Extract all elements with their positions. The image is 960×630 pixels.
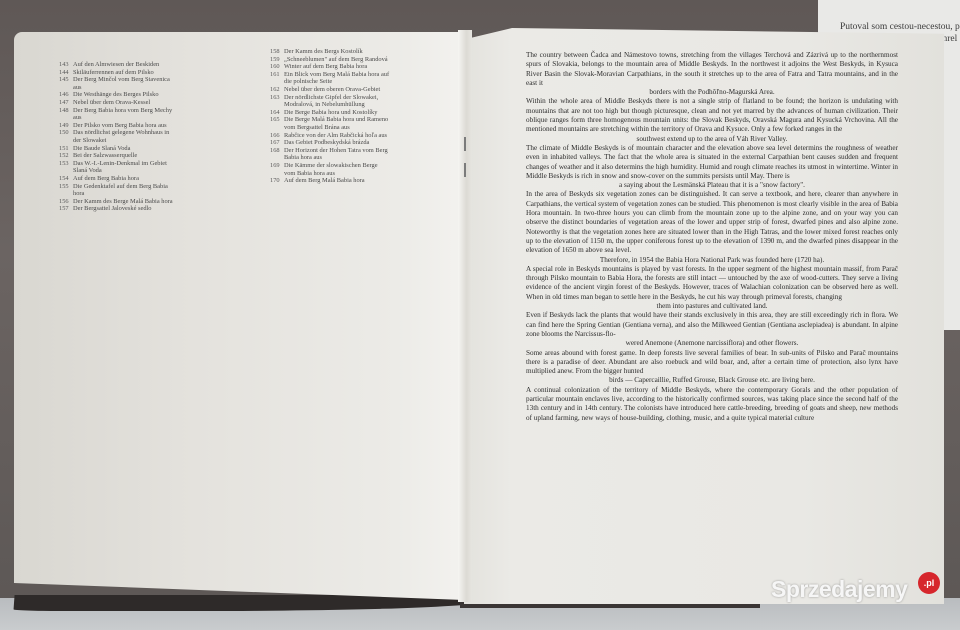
caption-text: Der Berg Babia hora vom Berg Mechy aus [73, 107, 179, 122]
caption-item: 168Der Horizont der Hohen Tatra vom Berg… [270, 147, 390, 162]
caption-item: 164Die Berge Babia hora und Kostolíky [270, 109, 390, 117]
caption-item: 165Die Berge Malá Babia hora und Rameno … [270, 116, 390, 131]
caption-number: 160 [270, 63, 284, 71]
caption-number: 153 [59, 160, 73, 175]
paragraph-body: A continual colonization of the territor… [526, 386, 898, 422]
paragraph-body: A special role in Beskyds mountains is p… [526, 265, 898, 301]
caption-number: 148 [59, 107, 73, 122]
paragraph-last-line: borders with the Podhôľno-Magurská Area. [526, 88, 898, 97]
caption-item: 160Winter auf dem Berg Babia hora [270, 63, 390, 71]
paragraph-last-line: them into pastures and cultivated land. [526, 302, 898, 311]
caption-text: Das W.-I.-Lenin-Denkmal im Gebiet Slaná … [73, 160, 179, 175]
caption-number: 157 [59, 205, 73, 213]
caption-text: Die Berge Malá Babia hora und Rameno vom… [284, 116, 390, 131]
paragraph: Some areas abound with forest game. In d… [526, 349, 898, 386]
watermark-logo: Sprzedajemy [771, 576, 907, 603]
paragraph-body: Within the whole area of Middle Beskyds … [526, 97, 898, 133]
caption-number: 152 [59, 152, 73, 160]
caption-number: 143 [59, 61, 73, 69]
caption-item: 159„Schneeblumen" auf dem Berg Randová [270, 56, 390, 64]
caption-item: 149Der Pilsko vom Berg Babia hora aus [59, 122, 179, 130]
caption-number: 145 [59, 76, 73, 91]
paragraph-body: Even if Beskyds lack the plants that wou… [526, 311, 898, 338]
caption-text: Der Bergsattel Jaloveské sedlo [73, 205, 179, 213]
caption-item: 162Nebel über dem oberen Orava-Gebiet [270, 86, 390, 94]
paragraph: The climate of Middle Beskyds is of moun… [526, 144, 898, 190]
caption-text: Bei der Salzwasserquelle [73, 152, 179, 160]
caption-item: 150Das nördlichst gelegene Wohnhaus in d… [59, 129, 179, 144]
caption-text: Die Westhänge des Berges Pilsko [73, 91, 179, 99]
paragraph-last-line: Therefore, in 1954 the Babia Hora Nation… [526, 256, 898, 265]
caption-number: 156 [59, 198, 73, 206]
caption-item: 155Die Gedenktafel auf dem Berg Babia ho… [59, 183, 179, 198]
caption-item: 152Bei der Salzwasserquelle [59, 152, 179, 160]
background-text-line: Putoval som cestou-necestou, po n [840, 22, 960, 32]
caption-text: „Schneeblumen" auf dem Berg Randová [284, 56, 390, 64]
caption-item: 166Rabčice von der Alm Rabčická hoľa aus [270, 132, 390, 140]
caption-number: 154 [59, 175, 73, 183]
caption-item: 143Auf den Almwiesen der Beskiden [59, 61, 179, 69]
staple-top [464, 137, 466, 151]
caption-item: 147Nebel über dem Orava-Kessel [59, 99, 179, 107]
caption-number: 162 [270, 86, 284, 94]
caption-text: Nebel über dem oberen Orava-Gebiet [284, 86, 390, 94]
caption-number: 149 [59, 122, 73, 130]
caption-item: 157Der Bergsattel Jaloveské sedlo [59, 205, 179, 213]
caption-text: Rabčice von der Alm Rabčická hoľa aus [284, 132, 390, 140]
staple-bottom [464, 163, 466, 177]
caption-text: Winter auf dem Berg Babia hora [284, 63, 390, 71]
caption-text: Der Kamm des Berge Malá Babia hora [73, 198, 179, 206]
caption-item: 144Skiläuferrennen auf dem Pilsko [59, 69, 179, 77]
caption-text: Ein Blick vom Berg Malá Babia hora auf d… [284, 71, 390, 86]
caption-text: Die Baude Slaná Voda [73, 145, 179, 153]
caption-text: Skiläuferrennen auf dem Pilsko [73, 69, 179, 77]
caption-number: 158 [270, 48, 284, 56]
caption-text: Die Gedenktafel auf dem Berg Babia hora [73, 183, 179, 198]
caption-number: 144 [59, 69, 73, 77]
caption-item: 145Der Berg Minčol vom Berg Stavenica au… [59, 76, 179, 91]
watermark-badge: .pl [918, 572, 940, 594]
caption-text: Die Kämme der slowakischen Berge vom Bab… [284, 162, 390, 177]
caption-number: 167 [270, 139, 284, 147]
caption-text: Die Berge Babia hora und Kostolíky [284, 109, 390, 117]
caption-item: 163Der nördlichste Gipfel der Slowakei, … [270, 94, 390, 109]
paragraph: In the area of Beskyds six vegetation zo… [526, 190, 898, 264]
caption-number: 165 [270, 116, 284, 131]
caption-number: 155 [59, 183, 73, 198]
caption-item: 169Die Kämme der slowakischen Berge vom … [270, 162, 390, 177]
paragraph-body: The climate of Middle Beskyds is of moun… [526, 144, 898, 180]
caption-text: Nebel über dem Orava-Kessel [73, 99, 179, 107]
caption-number: 161 [270, 71, 284, 86]
caption-number: 168 [270, 147, 284, 162]
caption-number: 163 [270, 94, 284, 109]
caption-number: 170 [270, 177, 284, 185]
paragraph: Within the whole area of Middle Beskyds … [526, 97, 898, 143]
caption-text: Auf dem Berg Malá Babia hora [284, 177, 390, 185]
caption-item: 151Die Baude Slaná Voda [59, 145, 179, 153]
caption-text: Der Horizont der Hohen Tatra vom Berg Ba… [284, 147, 390, 162]
caption-text: Das nördlichst gelegene Wohnhaus in der … [73, 129, 179, 144]
caption-item: 156Der Kamm des Berge Malá Babia hora [59, 198, 179, 206]
caption-item: 167Das Gebiet Podbeskydská brázda [270, 139, 390, 147]
paragraph-last-line: a saying about the Lesmänská Plateau tha… [526, 181, 898, 190]
caption-item: 146Die Westhänge des Berges Pilsko [59, 91, 179, 99]
caption-number: 150 [59, 129, 73, 144]
paragraph: A special role in Beskyds mountains is p… [526, 265, 898, 311]
caption-number: 164 [270, 109, 284, 117]
paragraph-last-line: southwest extend up to the area of Váh R… [526, 135, 898, 144]
paragraph-last-line: wered Anemone (Anemone narcissiflora) an… [526, 339, 898, 348]
caption-item: 148Der Berg Babia hora vom Berg Mechy au… [59, 107, 179, 122]
caption-number: 151 [59, 145, 73, 153]
caption-text: Auf den Almwiesen der Beskiden [73, 61, 179, 69]
caption-item: 170Auf dem Berg Malá Babia hora [270, 177, 390, 185]
caption-item: 161Ein Blick vom Berg Malá Babia hora au… [270, 71, 390, 86]
caption-number: 147 [59, 99, 73, 107]
caption-item: 154Auf dem Berg Babia hora [59, 175, 179, 183]
caption-text: Das Gebiet Podbeskydská brázda [284, 139, 390, 147]
caption-number: 159 [270, 56, 284, 64]
caption-text: Auf dem Berg Babia hora [73, 175, 179, 183]
paragraph-body: The country between Čadca and Námestovo … [526, 51, 898, 87]
paragraph-body: In the area of Beskyds six vegetation zo… [526, 190, 898, 254]
paragraph: Even if Beskyds lack the plants that wou… [526, 311, 898, 348]
caption-text: Der Pilsko vom Berg Babia hora aus [73, 122, 179, 130]
caption-text: Der nördlichste Gipfel der Slowakei, Mod… [284, 94, 390, 109]
article-body: The country between Čadca and Námestovo … [526, 51, 898, 423]
caption-list-col1: 143Auf den Almwiesen der Beskiden144Skil… [59, 61, 179, 213]
paragraph-body: Some areas abound with forest game. In d… [526, 349, 898, 376]
paragraph: The country between Čadca and Námestovo … [526, 51, 898, 97]
paragraph: A continual colonization of the territor… [526, 386, 898, 423]
caption-number: 166 [270, 132, 284, 140]
paragraph-last-line: birds — Capercaillie, Ruffed Grouse, Bla… [526, 376, 898, 385]
caption-text: Der Berg Minčol vom Berg Stavenica aus [73, 76, 179, 91]
caption-item: 158Der Kamm des Bergs Kostolík [270, 48, 390, 56]
caption-list-col2: 158Der Kamm des Bergs Kostolík159„Schnee… [270, 48, 390, 185]
caption-number: 146 [59, 91, 73, 99]
caption-item: 153Das W.-I.-Lenin-Denkmal im Gebiet Sla… [59, 160, 179, 175]
caption-text: Der Kamm des Bergs Kostolík [284, 48, 390, 56]
caption-number: 169 [270, 162, 284, 177]
book-gutter [458, 30, 472, 602]
